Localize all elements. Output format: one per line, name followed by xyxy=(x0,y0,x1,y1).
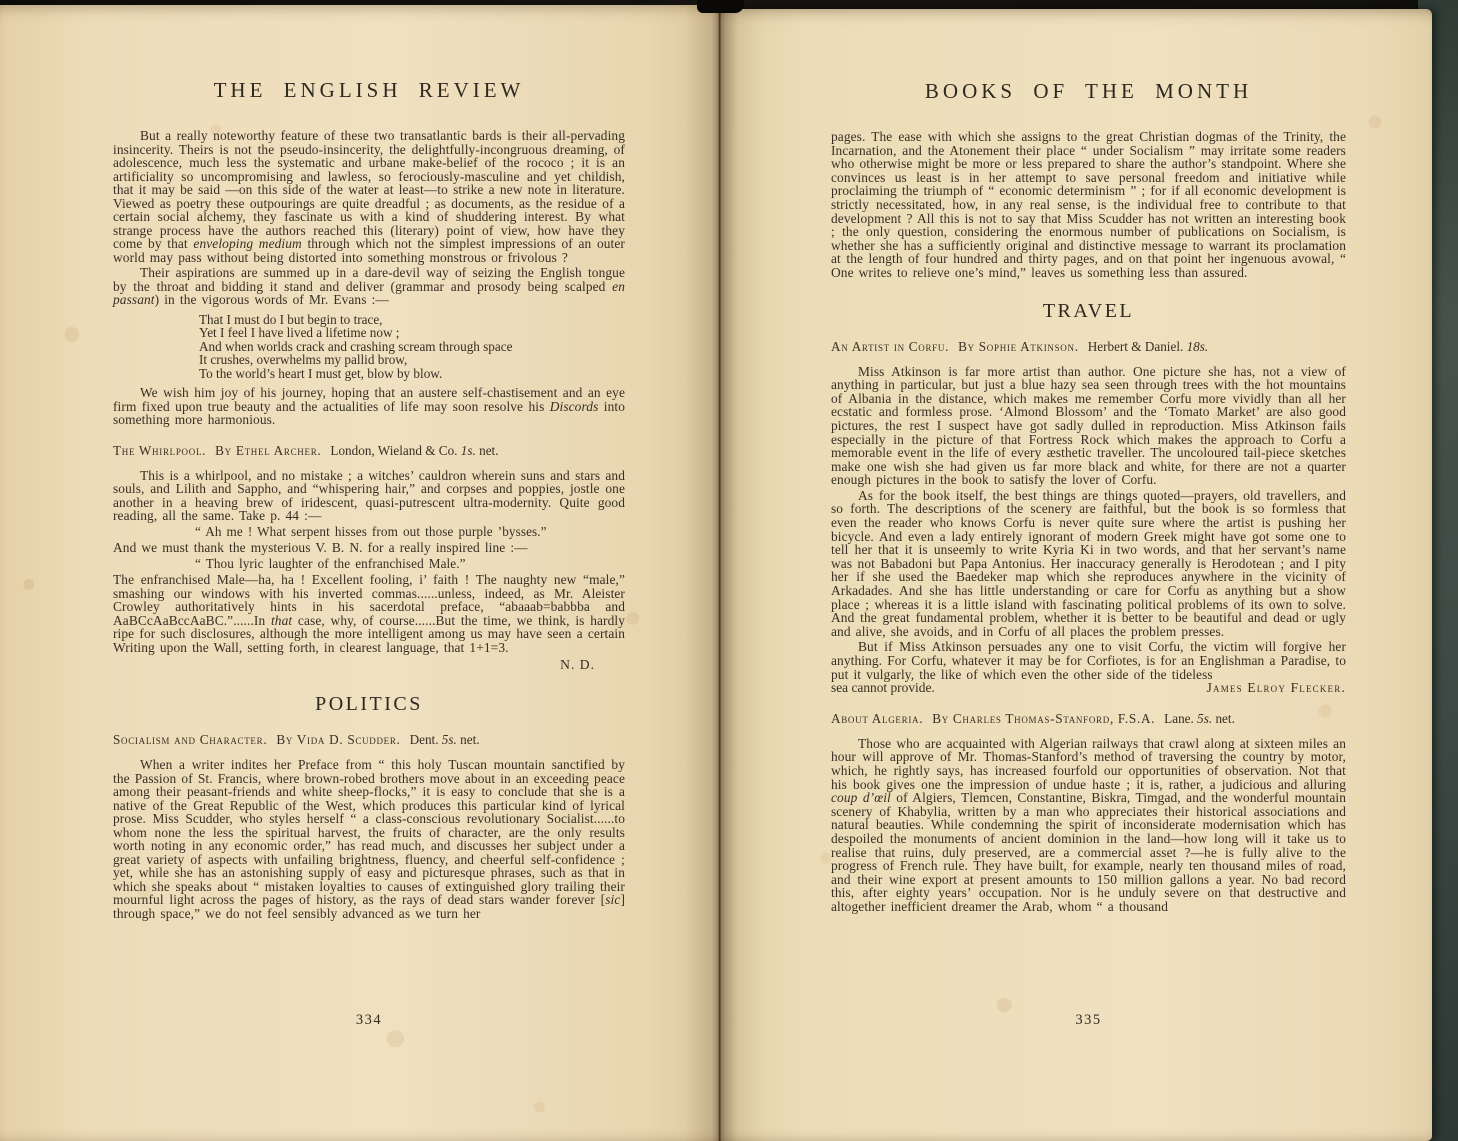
reviewer-signature-flecker: James Elroy Flecker. xyxy=(1207,681,1346,695)
verse-line: To the world’s heart I must get, blow by… xyxy=(199,367,625,381)
right-paragraph-1: pages. The ease with which she assigns t… xyxy=(831,130,1346,280)
quoted-line-1: “ Ah me ! What serpent hisses from out t… xyxy=(195,525,625,539)
left-text-block: THE ENGLISH REVIEW But a really notewort… xyxy=(113,5,625,920)
review-title: About Algeria. xyxy=(831,711,923,726)
right-text-block: BOOKS OF THE MONTH pages. The ease with … xyxy=(831,9,1346,914)
left-paragraph-7: When a writer indites her Preface from “… xyxy=(113,758,625,920)
left-paragraph-1: But a really noteworthy feature of these… xyxy=(113,129,625,264)
book-spread: THE ENGLISH REVIEW But a really notewort… xyxy=(0,0,1458,1141)
review-byline: By Vida D. Scudder. xyxy=(276,732,400,747)
verse-line: That I must do I but begin to trace, xyxy=(199,313,625,327)
review-imprint: London, Wieland & Co. 1s. net. xyxy=(330,443,498,458)
left-paragraph-4: This is a whirlpool, and no mistake ; a … xyxy=(113,469,625,523)
review-byline: By Ethel Archer. xyxy=(215,443,321,458)
review-title: Socialism and Character. xyxy=(113,732,267,747)
paragraph-lastline-with-signature: sea cannot provide. James Elroy Flecker. xyxy=(831,681,1346,695)
review-entry-whirlpool: The Whirlpool.By Ethel Archer.London, Wi… xyxy=(113,444,625,458)
left-paragraph-2: Their aspirations are summed up in a dar… xyxy=(113,266,625,307)
review-title: The Whirlpool. xyxy=(113,443,206,458)
reviewer-initials: N. D. xyxy=(113,657,625,673)
review-entry-corfu: An Artist in Corfu.By Sophie Atkinson.He… xyxy=(831,340,1346,354)
section-heading-travel: TRAVEL xyxy=(831,300,1346,323)
review-imprint: Dent. 5s. net. xyxy=(410,732,480,747)
binding-notch xyxy=(697,0,744,13)
review-entry-algeria: About Algeria.By Charles Thomas-Stanford… xyxy=(831,712,1346,726)
left-page-number: 334 xyxy=(113,1012,625,1029)
paragraph-last-words: sea cannot provide. xyxy=(831,681,935,695)
right-paragraph-5: Those who are acquainted with Algerian r… xyxy=(831,737,1346,914)
left-running-head: THE ENGLISH REVIEW xyxy=(113,78,625,103)
right-paragraph-3: As for the book itself, the best things … xyxy=(831,489,1346,639)
right-paragraph-2: Miss Atkinson is far more artist than au… xyxy=(831,365,1346,487)
review-imprint: Herbert & Daniel. 18s. xyxy=(1088,339,1209,354)
left-paragraph-3: We wish him joy of his journey, hoping t… xyxy=(113,386,625,427)
verse-block: That I must do I but begin to trace, Yet… xyxy=(199,313,625,381)
verse-line: Yet I feel I have lived a lifetime now ; xyxy=(199,326,625,340)
right-page: BOOKS OF THE MONTH pages. The ease with … xyxy=(719,9,1432,1141)
review-entry-socialism: Socialism and Character.By Vida D. Scudd… xyxy=(113,733,625,747)
review-title: An Artist in Corfu. xyxy=(831,339,949,354)
review-imprint: Lane. 5s. net. xyxy=(1164,711,1235,726)
right-running-head: BOOKS OF THE MONTH xyxy=(831,79,1346,104)
right-page-number: 335 xyxy=(831,1012,1346,1029)
review-byline: By Sophie Atkinson. xyxy=(958,339,1079,354)
left-paragraph-5: And we must thank the mysterious V. B. N… xyxy=(113,541,625,555)
review-byline: By Charles Thomas-Stanford, F.S.A. xyxy=(932,711,1155,726)
left-page: THE ENGLISH REVIEW But a really notewort… xyxy=(0,5,719,1141)
verse-line: And when worlds crack and crashing screa… xyxy=(199,340,625,354)
section-heading-politics: POLITICS xyxy=(113,693,625,716)
verse-line: It crushes, overwhelms my pallid brow, xyxy=(199,353,625,367)
left-paragraph-6: The enfranchised Male—ha, ha ! Excellent… xyxy=(113,573,625,654)
right-paragraph-4: But if Miss Atkinson persuades any one t… xyxy=(831,640,1346,681)
quoted-line-2: “ Thou lyric laughter of the enfranchise… xyxy=(195,557,625,571)
